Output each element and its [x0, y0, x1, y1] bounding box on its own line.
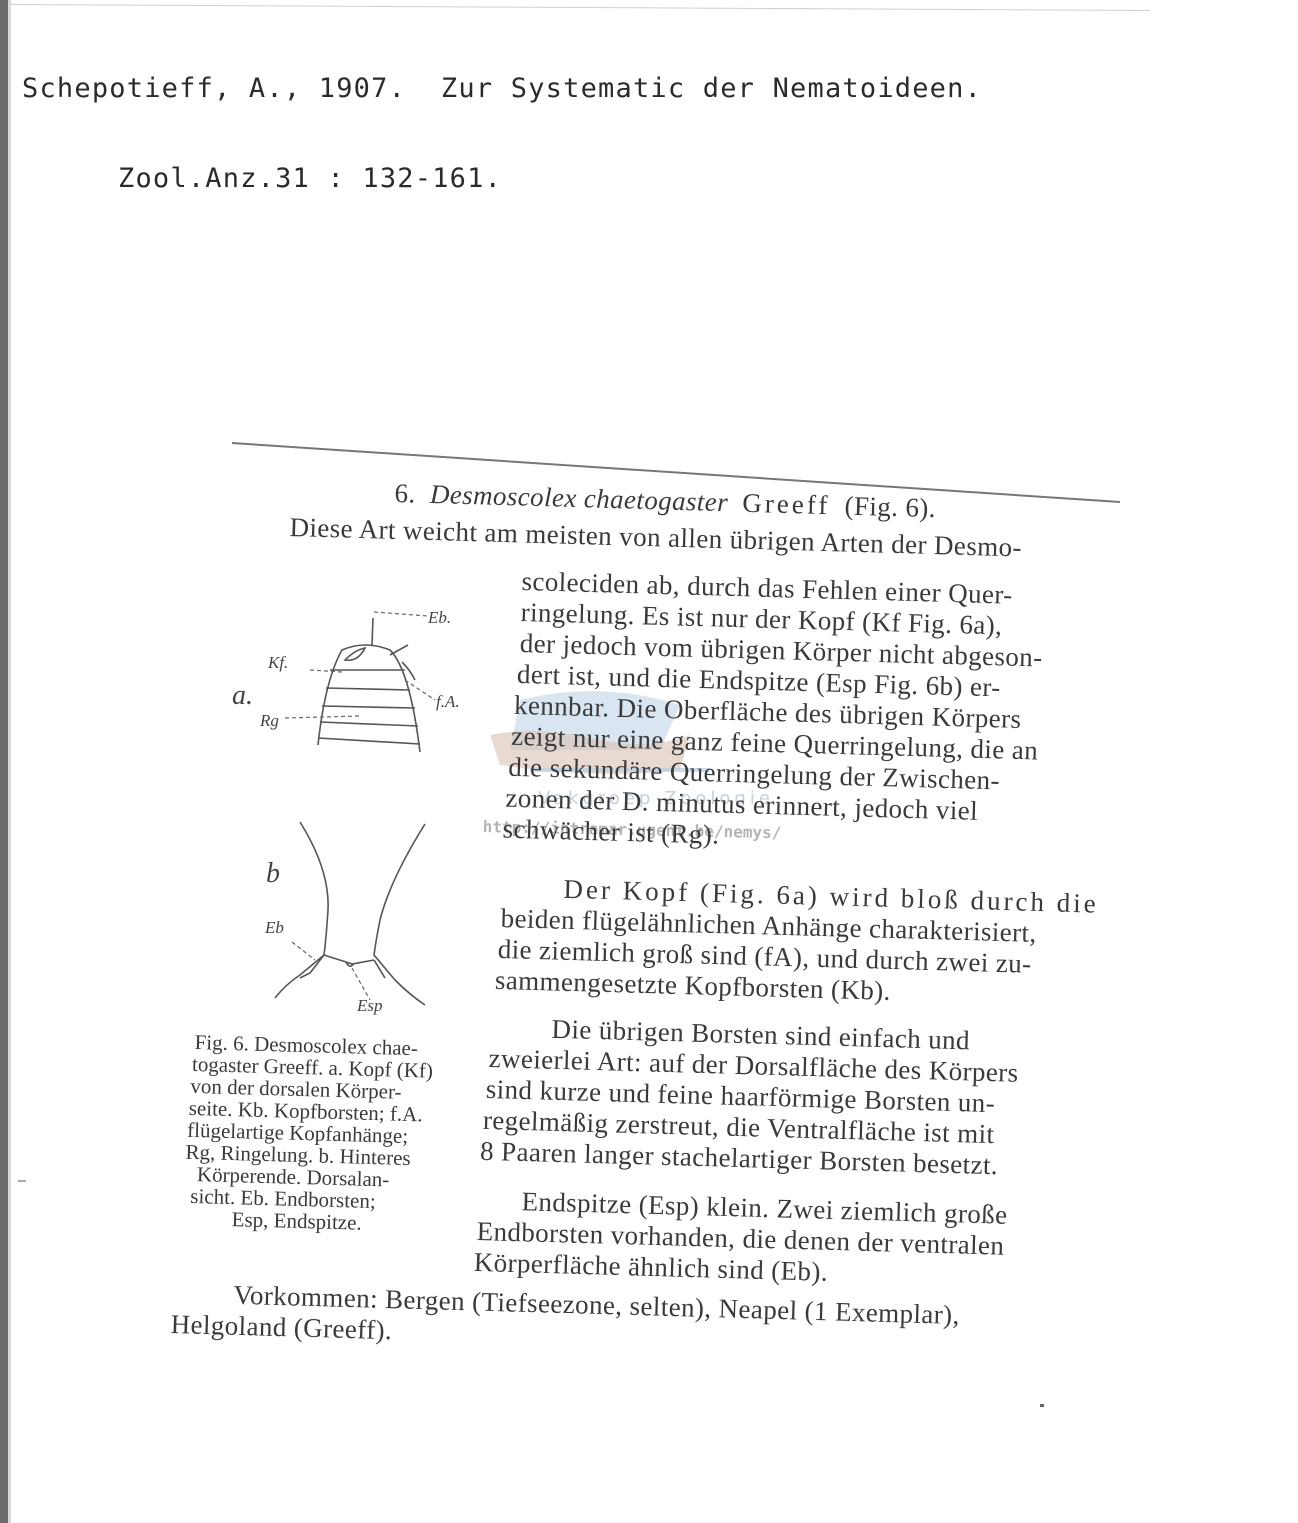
- scanned-page: Vakgroep Zoologie http://intramar.ugent.…: [0, 0, 1298, 1523]
- section-number: 6.: [394, 478, 416, 509]
- text-line: Helgoland (Greeff).: [170, 1309, 392, 1346]
- species-author: Greeff: [742, 488, 831, 520]
- figure-label-eb-b: Eb: [265, 918, 284, 938]
- figure-label-rg: Rg: [260, 711, 279, 731]
- caption-line: Esp, Endspitze.: [231, 1207, 362, 1236]
- dust-speck: [18, 1180, 26, 1182]
- figure-label-esp: Esp: [357, 996, 383, 1016]
- dust-speck: [1040, 1404, 1044, 1407]
- text-line: schwächer ist (Rg).: [502, 814, 720, 851]
- figure-label-fa: f.A.: [436, 692, 460, 712]
- figure-label-eb: Eb.: [428, 608, 451, 628]
- figure-panel-a-letter: a.: [232, 680, 253, 712]
- figure-panel-b-letter: b: [266, 858, 280, 890]
- figure-reference: (Fig. 6).: [844, 491, 936, 524]
- figure-label-kf: Kf.: [268, 653, 288, 673]
- species-name: Desmoscolex chaetogaster: [430, 479, 729, 517]
